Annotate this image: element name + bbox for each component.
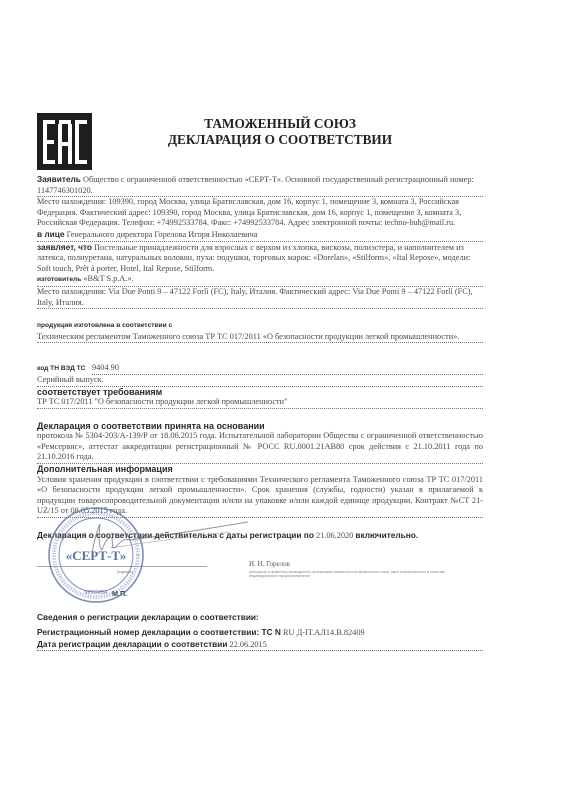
registration-heading: Сведения о регистрации декларации о соот… — [37, 612, 483, 623]
person-label: в лице — [37, 229, 65, 239]
additional-label: Дополнительная информация — [37, 464, 483, 475]
person-value: Генерального директора Горелова Игоря Ни… — [67, 230, 258, 239]
additional-value: Условия хранения продукции в соответстви… — [37, 475, 483, 518]
registration-number-value: RU Д-IT.АЛ14.В.82409 — [283, 628, 365, 637]
declares-label: заявляет, что — [37, 242, 92, 252]
declaration-page: ТАМОЖЕННЫЙ СОЮЗ ДЕКЛАРАЦИЯ О СООТВЕТСТВИ… — [0, 0, 562, 800]
applicant-address: Место нахождения: 109390, город Москва, … — [37, 197, 483, 229]
signature-under-label: (подпись) — [117, 567, 133, 578]
registration-number: Регистрационный номер декларации о соотв… — [37, 627, 483, 639]
manufacturer-address: Место нахождения: Via Due Ponti 9 – 4712… — [37, 287, 483, 309]
validity-suffix: включительно. — [355, 530, 418, 540]
manufacturer-label: изготовитель — [37, 276, 81, 283]
produced-per-value: Техническим регламентом Таможенного союз… — [37, 332, 483, 344]
registration-number-label: Регистрационный номер декларации о соотв… — [37, 627, 281, 637]
manufacturer-value: «B&T S.p.A.». — [83, 274, 133, 283]
applicant-label: Заявитель — [37, 174, 81, 184]
code-value: 9404 90 — [92, 363, 483, 375]
complies-label: соответствует требованиям — [37, 387, 483, 398]
produced-per-label: продукция изготовлена в соответствии с — [37, 321, 483, 332]
declaration-body: Заявитель Общество с ограниченной ответс… — [37, 174, 483, 651]
basis-value: протокола № 5304-203/А-139/Р от 18.06.20… — [37, 431, 483, 464]
validity-prefix: Декларация о соответствии действительна … — [37, 530, 314, 540]
registration-date: Дата регистрации декларации о соответств… — [37, 639, 483, 652]
basis-label: Декларация о соответствии принята на осн… — [37, 421, 483, 432]
signature-area: (подпись) И. Н. Горелов (инициалы и фами… — [37, 542, 483, 612]
signatory-name: И. Н. Горелов — [249, 559, 290, 570]
code-row: код ТН ВЭД ТС 9404 90 — [37, 363, 483, 375]
title-declaration: ДЕКЛАРАЦИЯ О СООТВЕТСТВИИ — [150, 132, 410, 148]
series-value: Серийный выпуск. — [37, 375, 483, 387]
eac-logo-icon — [37, 113, 92, 170]
manufacturer-section: изготовитель «B&T S.p.A.». — [37, 274, 483, 287]
registration-date-value: 22.06.2015 — [230, 640, 267, 649]
signatory-note: (инициалы и фамилия руководителя организ… — [249, 570, 469, 579]
applicant-person: в лице Генерального директора Горелова И… — [37, 229, 483, 242]
applicant-value: Общество с ограниченной ответственностью… — [37, 175, 474, 195]
complies-value: ТР ТС 017/2011 "О безопасности продукции… — [37, 397, 483, 409]
applicant-section: Заявитель Общество с ограниченной ответс… — [37, 174, 483, 197]
stamp-place-label: М.П. — [112, 589, 127, 600]
registration-date-label: Дата регистрации декларации о соответств… — [37, 639, 227, 649]
title-union: ТАМОЖЕННЫЙ СОЮЗ — [150, 116, 410, 132]
validity-date: 21.06.2020 — [316, 531, 353, 540]
document-title: ТАМОЖЕННЫЙ СОЮЗ ДЕКЛАРАЦИЯ О СООТВЕТСТВИ… — [150, 116, 410, 148]
declares-value: Постельные принадлежности для взрослых с… — [37, 243, 470, 273]
code-label: код ТН ВЭД ТС — [37, 364, 92, 375]
validity-line: Декларация о соответствии действительна … — [37, 530, 483, 542]
declares-section: заявляет, что Постельные принадлежности … — [37, 242, 483, 275]
